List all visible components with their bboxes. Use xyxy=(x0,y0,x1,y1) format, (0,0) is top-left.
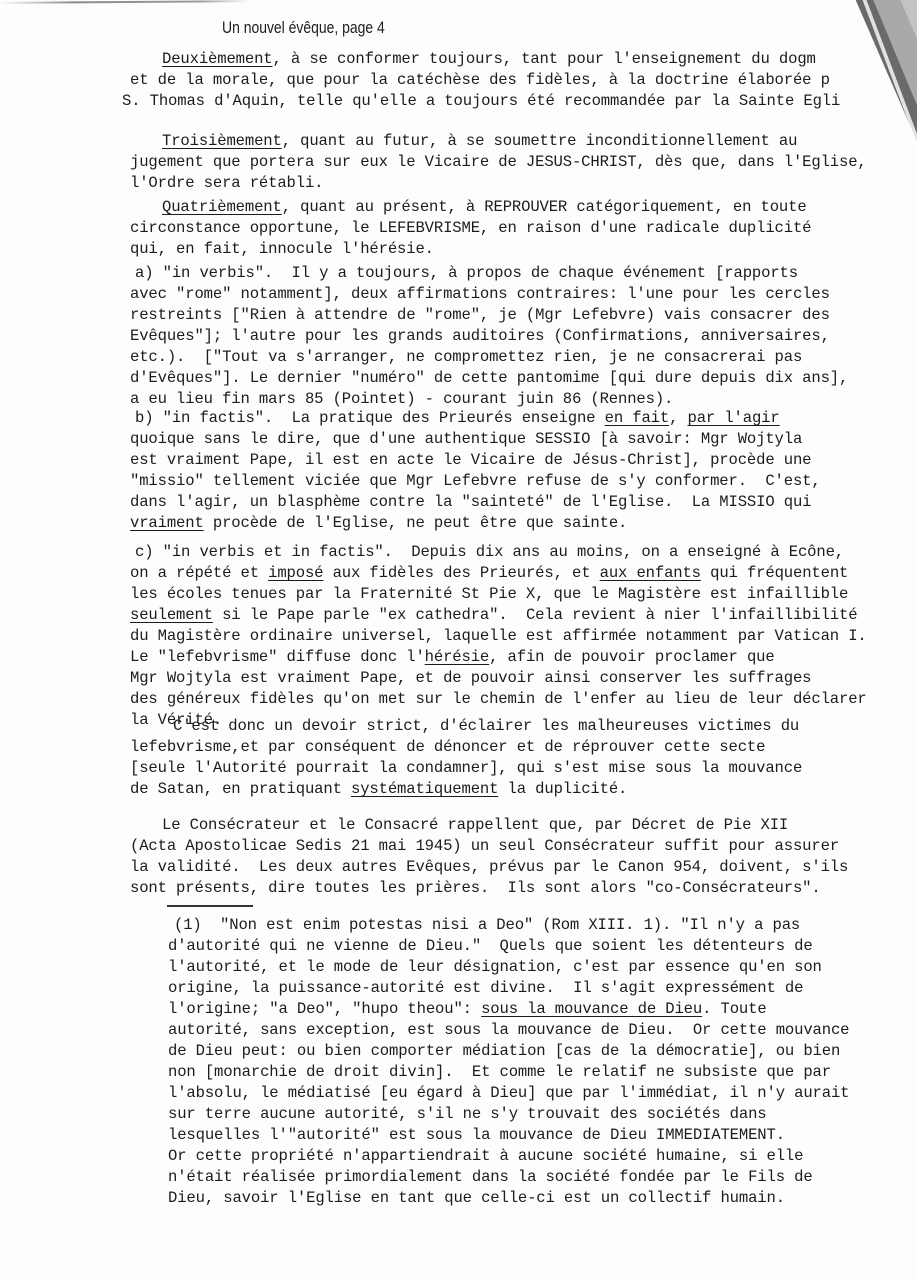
lead-word: Troisièmement xyxy=(162,132,282,150)
lead-word: Quatrièmement xyxy=(162,198,282,216)
scan-artifact-line xyxy=(0,0,250,4)
lead-word: Deuxièmement xyxy=(162,50,273,68)
page-title: Un nouvel évêque, page 4 xyxy=(222,17,385,38)
footnote-separator xyxy=(167,905,253,907)
paragraph-deuxiemement: Deuxièmement, à se conformer toujours, t… xyxy=(130,49,848,112)
paragraph-in-factis: b) "in factis". La pratique des Prieurés… xyxy=(130,408,821,534)
paragraph-devoir: C'est donc un devoir strict, d'éclairer … xyxy=(130,716,802,800)
paragraph-troisiemement: Troisièmement, quant au futur, à se soum… xyxy=(130,131,867,194)
footnote: (1) "Non est enim potestas nisi a Deo" (… xyxy=(168,915,849,1209)
scanned-page: Un nouvel évêque, page 4 Deuxièmement, à… xyxy=(0,0,917,1280)
paragraph-consecrateur: Le Consécrateur et le Consacré rappellen… xyxy=(130,815,848,899)
paragraph-in-verbis: a) "in verbis". Il y a toujours, à propo… xyxy=(130,263,848,410)
paragraph-in-verbis-et-factis: c) "in verbis et in factis". Depuis dix … xyxy=(130,542,867,731)
paragraph-quatriemement: Quatrièmement, quant au présent, à REPRO… xyxy=(130,197,811,260)
